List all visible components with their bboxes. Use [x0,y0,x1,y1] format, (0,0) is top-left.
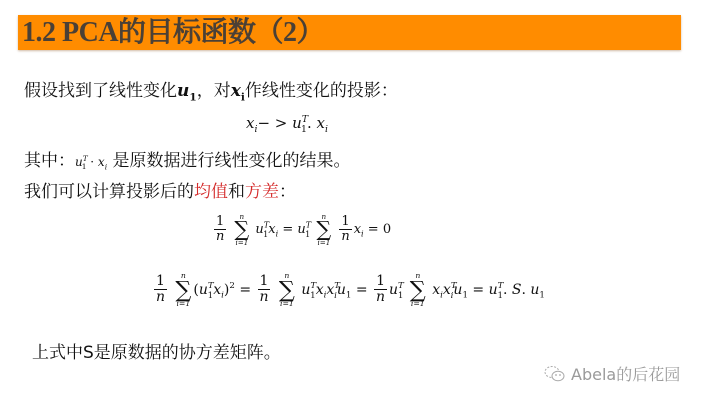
text-segment: 作线性变化的投影： [245,81,398,101]
slide-title: 1.2 PCA的目标函数（2） [22,16,324,50]
text-segment: ： [279,182,296,202]
watermark: Abela的后花园 [544,362,680,385]
equation-projection: xi− > uT1. xi [246,114,328,135]
text-line-result: 其中：uT1 · xi 是原数据进行线性变化的结果。 [24,148,351,178]
slide-title-bar: 1.2 PCA的目标函数（2） [18,15,681,50]
text-segment: 其中： [24,151,75,171]
text-segment: 我们可以计算投影后的 [24,182,194,202]
text-line-projection: 假设找到了线性变化u1，对xi作线性变化的投影： [24,80,398,108]
math-u1T-xi: uT1 · xi [75,155,107,169]
math-xi: xi [231,81,245,101]
watermark-text: Abela的后花园 [571,362,680,385]
text-segment: 假设找到了线性变化 [24,81,177,101]
text-segment: ，对 [197,81,231,101]
text-segment: 和 [228,182,245,202]
wechat-icon [544,365,566,383]
covariance-note: 上式中S是原数据的协方差矩阵。 [32,342,281,364]
equation-mean: 1n n∑i=1 uT1xi = uT1 n∑i=1 1nxi = 0 [212,213,391,246]
equation-variance: 1n n∑i=1(uT1xi)2 = 1n n∑i=1 uT1xixTiu1 =… [152,272,545,308]
text-segment: 是原数据进行线性变化的结果。 [113,151,351,171]
text-line-mean-variance: 我们可以计算投影后的均值和方差： [24,181,296,203]
highlight-variance: 方差 [245,182,279,202]
math-u1: u1 [177,81,197,101]
highlight-mean: 均值 [194,182,228,202]
